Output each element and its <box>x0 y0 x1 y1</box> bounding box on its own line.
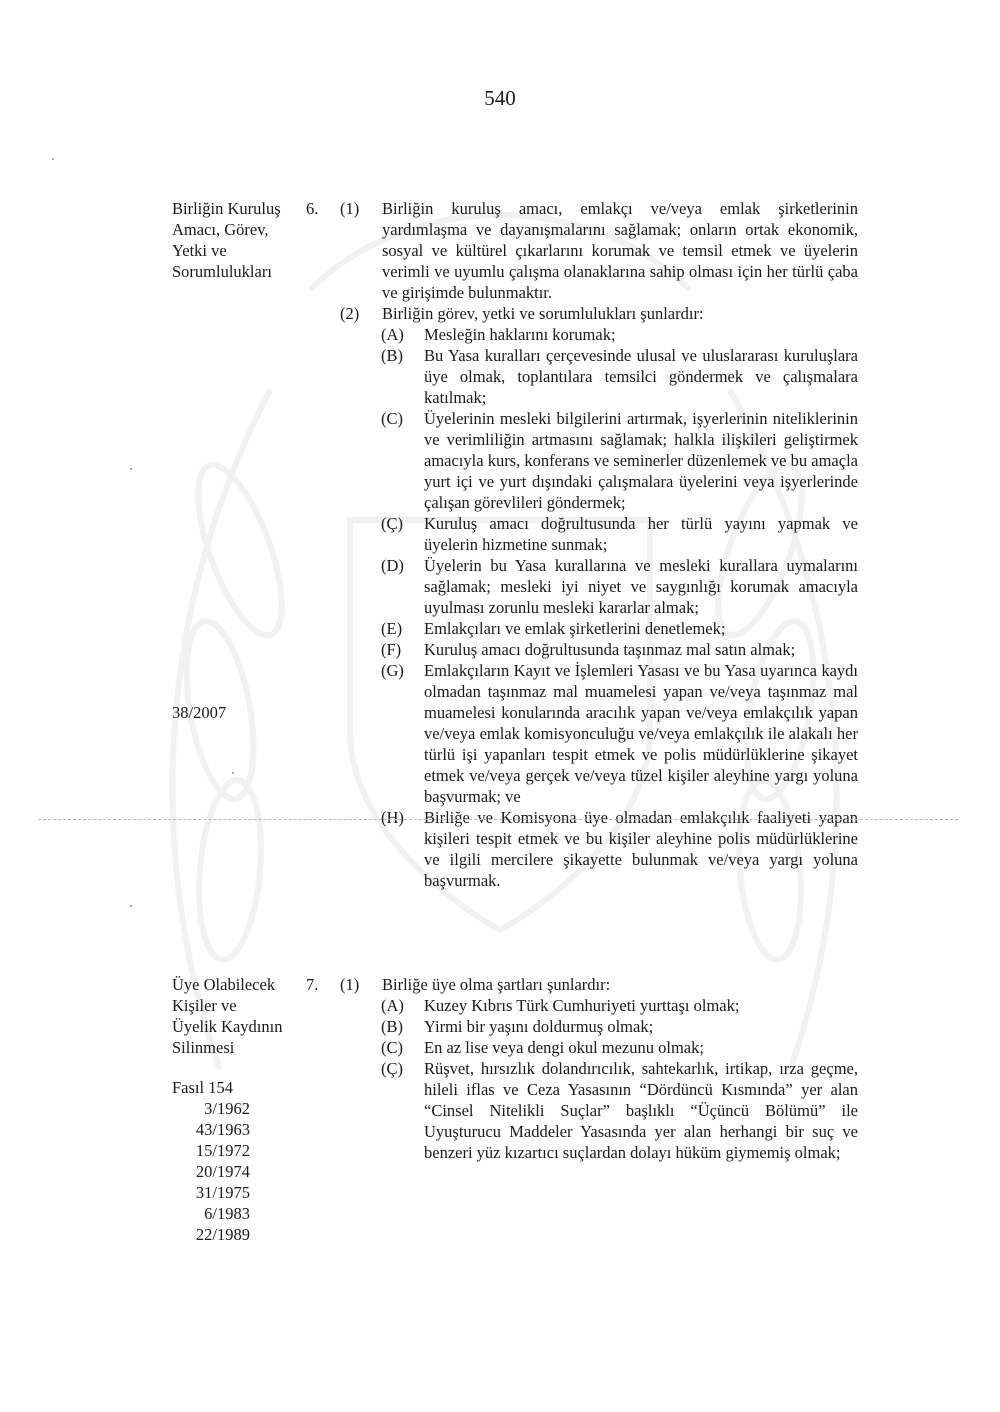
item-text: Kuruluş amacı doğrultusunda her türlü ya… <box>424 513 858 555</box>
reference-list: 3/1962 43/1963 15/1972 20/1974 31/1975 6… <box>172 1098 250 1245</box>
reference-item: 15/1972 <box>172 1140 250 1161</box>
scan-speck <box>130 905 132 907</box>
reference-item: 20/1974 <box>172 1161 250 1182</box>
list-item: (D) Üyelerin bu Yasa kurallarına ve mesl… <box>382 555 858 618</box>
list-item: (C) En az lise veya dengi okul mezunu ol… <box>382 1037 858 1058</box>
subsection-number: (1) <box>340 974 359 995</box>
subsection-text: Birliğin kuruluş amacı, emlakçı ve/veya … <box>382 198 858 303</box>
item-text: Emlakçıların Kayıt ve İşlemleri Yasası v… <box>424 660 858 807</box>
margin-title-line: Yetki ve <box>172 240 312 261</box>
list-item: (Ç) Kuruluş amacı doğrultusunda her türl… <box>382 513 858 555</box>
list-item: (B) Bu Yasa kuralları çerçevesinde ulusa… <box>382 345 858 408</box>
item-label: (E) <box>381 618 421 639</box>
list-item: (A) Kuzey Kıbrıs Türk Cumhuriyeti yurtta… <box>382 995 858 1016</box>
list-item: (A) Mesleğin haklarını korumak; <box>382 324 858 345</box>
reference-heading: Fasıl 154 <box>172 1077 250 1098</box>
reference-item: 6/1983 <box>172 1203 250 1224</box>
item-label: (G) <box>381 660 421 681</box>
subsection-intro: Birliğe üye olma şartları şunlardır: <box>382 974 858 995</box>
margin-title-line: Sorumlulukları <box>172 261 312 282</box>
legislative-references: Fasıl 154 3/1962 43/1963 15/1972 20/1974… <box>172 1077 250 1245</box>
list-item: (F) Kuruluş amacı doğrultusunda taşınmaz… <box>382 639 858 660</box>
item-label: (A) <box>381 995 421 1016</box>
item-label: (C) <box>381 1037 421 1058</box>
list-item: (Ç) Rüşvet, hırsızlık dolandırıcılık, sa… <box>382 1058 858 1163</box>
list-item: (E) Emlakçıları ve emlak şirketlerini de… <box>382 618 858 639</box>
item-label: (B) <box>381 345 421 366</box>
item-text: Üyelerin bu Yasa kurallarına ve mesleki … <box>424 555 858 618</box>
reference-item: 31/1975 <box>172 1182 250 1203</box>
subsection-body: Birliğin görev, yetki ve sorumlulukları … <box>382 303 858 891</box>
scan-speck <box>232 772 234 774</box>
section-7-margin-title: Üye Olabilecek Kişiler ve Üyelik Kaydını… <box>172 974 312 1058</box>
margin-title-line: Amacı, Görev, <box>172 219 312 240</box>
subsection-body: Birliğe üye olma şartları şunlardır: (A)… <box>382 974 858 1163</box>
section-6-margin-title: Birliğin Kuruluş Amacı, Görev, Yetki ve … <box>172 198 312 282</box>
subsection-intro: Birliğin görev, yetki ve sorumlulukları … <box>382 303 858 324</box>
item-label: (C) <box>381 408 421 429</box>
margin-title-line: Üyelik Kaydının <box>172 1016 312 1037</box>
item-text: Emlakçıları ve emlak şirketlerini denetl… <box>424 618 858 639</box>
reference-item: 22/1989 <box>172 1224 250 1245</box>
item-text: Mesleğin haklarını korumak; <box>424 324 858 345</box>
margin-title-line: Kişiler ve <box>172 995 312 1016</box>
item-text: Kuruluş amacı doğrultusunda taşınmaz mal… <box>424 639 858 660</box>
margin-title-line: Üye Olabilecek <box>172 974 312 995</box>
scan-speck <box>130 468 132 470</box>
item-label: (D) <box>381 555 421 576</box>
item-text: Bu Yasa kuralları çerçevesinde ulusal ve… <box>424 345 858 408</box>
scan-speck <box>52 158 54 160</box>
item-label: (B) <box>381 1016 421 1037</box>
subsection-number: (2) <box>340 303 359 324</box>
margin-title-line: Birliğin Kuruluş <box>172 198 312 219</box>
item-text: En az lise veya dengi okul mezunu olmak; <box>424 1037 858 1058</box>
reference-item: 43/1963 <box>172 1119 250 1140</box>
margin-note-amendment: 38/2007 <box>172 702 312 723</box>
item-text: Yirmi bir yaşını doldurmuş olmak; <box>424 1016 858 1037</box>
margin-title-line: Silinmesi <box>172 1037 312 1058</box>
item-label: (H) <box>381 807 421 828</box>
item-text: Kuzey Kıbrıs Türk Cumhuriyeti yurttaşı o… <box>424 995 858 1016</box>
list-item: (C) Üyelerinin mesleki bilgilerini artır… <box>382 408 858 513</box>
item-text: Üyelerinin mesleki bilgilerini artırmak,… <box>424 408 858 513</box>
list-item: (G) Emlakçıların Kayıt ve İşlemleri Yasa… <box>382 660 858 807</box>
subsection-number: (1) <box>340 198 359 219</box>
item-label: (A) <box>381 324 421 345</box>
item-text: Rüşvet, hırsızlık dolandırıcılık, sahtek… <box>424 1058 858 1163</box>
scan-artifact-line <box>38 819 958 820</box>
item-label: (Ç) <box>381 513 421 534</box>
item-label: (Ç) <box>381 1058 421 1079</box>
reference-item: 3/1962 <box>172 1098 250 1119</box>
page-number: 540 <box>0 86 1000 111</box>
section-number: 6. <box>306 198 318 219</box>
item-label: (F) <box>381 639 421 660</box>
section-number: 7. <box>306 974 318 995</box>
list-item: (B) Yirmi bir yaşını doldurmuş olmak; <box>382 1016 858 1037</box>
